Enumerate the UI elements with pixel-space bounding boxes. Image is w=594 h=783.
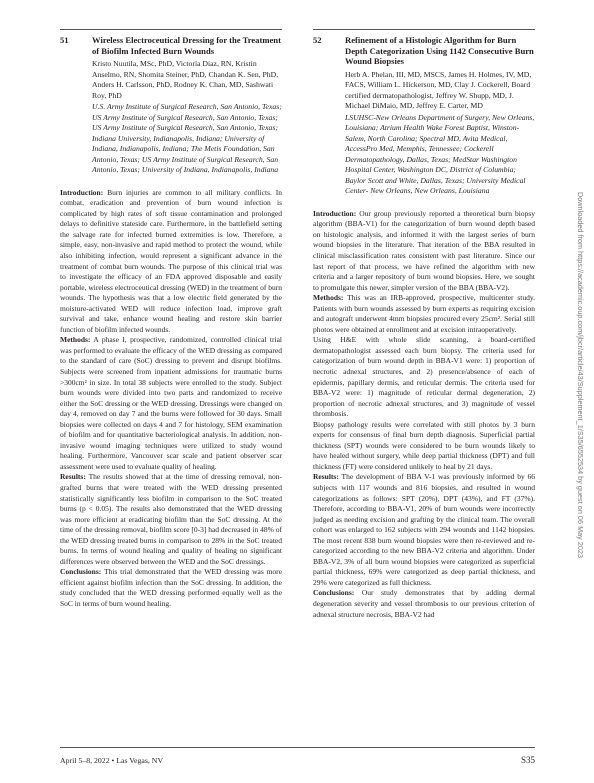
section-label: Conclusions: — [60, 567, 101, 576]
section-introduction: Introduction: Burn injuries are common t… — [60, 188, 282, 336]
abstract-number: 52 — [313, 35, 345, 67]
abstract-authors: Herb A. Phelan, III, MD, MSCS, James H. … — [345, 70, 535, 112]
section-text: A phase I, prospective, randomized, cont… — [60, 335, 282, 471]
abstract-51: 51 Wireless Electroceutical Dressing for… — [60, 29, 282, 610]
abstract-authors: Kristo Nuutila, MSc, PhD, Victoria Diaz,… — [92, 59, 282, 101]
section-methods-correlation: Biopsy pathology results were correlated… — [313, 420, 535, 473]
abstract-52: 52 Refinement of a Histologic Algorithm … — [313, 29, 535, 620]
abstract-title: Refinement of a Histologic Algorithm for… — [345, 35, 535, 67]
section-text: Our group previously reported a theoreti… — [313, 209, 535, 292]
section-label: Results: — [60, 472, 86, 481]
abstract-title: Wireless Electroceutical Dressing for th… — [92, 35, 282, 56]
abstract-affiliations: U.S. Army Institute of Surgical Research… — [92, 102, 282, 176]
abstract-header: 51 Wireless Electroceutical Dressing for… — [60, 35, 282, 56]
section-methods: Methods: A phase I, prospective, randomi… — [60, 335, 282, 472]
page-number: S35 — [500, 755, 535, 765]
section-text: Burn injuries are common to all military… — [60, 188, 282, 334]
section-text: Biopsy pathology results were correlated… — [313, 420, 535, 471]
abstract-number: 51 — [60, 35, 92, 56]
section-label: Results: — [313, 472, 339, 481]
section-text: The development of BBA V-1 was previousl… — [313, 472, 535, 586]
top-rule-right — [313, 29, 535, 30]
section-label: Conclusions: — [313, 588, 354, 597]
section-text: Using H&E with whole slide scanning, a b… — [313, 335, 535, 418]
section-methods-criteria: Using H&E with whole slide scanning, a b… — [313, 335, 535, 419]
footer-rule — [60, 747, 535, 748]
section-results: Results: The results showed that at the … — [60, 472, 282, 567]
section-label: Introduction: — [313, 209, 356, 218]
section-methods: Methods: This was an IRB-approved, prosp… — [313, 293, 535, 335]
section-conclusions: Conclusions: This trial demonstrated tha… — [60, 567, 282, 609]
section-text: This was an IRB-approved, prospective, m… — [313, 293, 535, 334]
footer-conference-date: April 5–8, 2022 • Las Vegas, NV — [60, 756, 163, 765]
section-label: Introduction: — [60, 188, 103, 197]
abstract-header: 52 Refinement of a Histologic Algorithm … — [313, 35, 535, 67]
section-label: Methods: — [313, 293, 343, 302]
abstract-body: Introduction: Our group previously repor… — [313, 209, 535, 620]
section-introduction: Introduction: Our group previously repor… — [313, 209, 535, 293]
section-conclusions: Conclusions: Our study demonstrates that… — [313, 588, 535, 620]
top-rule-left — [60, 29, 282, 30]
section-text: The results showed that at the time of d… — [60, 472, 282, 565]
abstract-affiliations: LSUHSC-New Orleans Department of Surgery… — [345, 113, 535, 197]
section-results: Results: The development of BBA V-1 was … — [313, 472, 535, 588]
section-label: Methods: — [60, 335, 90, 344]
abstract-body: Introduction: Burn injuries are common t… — [60, 188, 282, 610]
download-watermark: Downloaded from https://academic.oup.com… — [576, 192, 585, 558]
